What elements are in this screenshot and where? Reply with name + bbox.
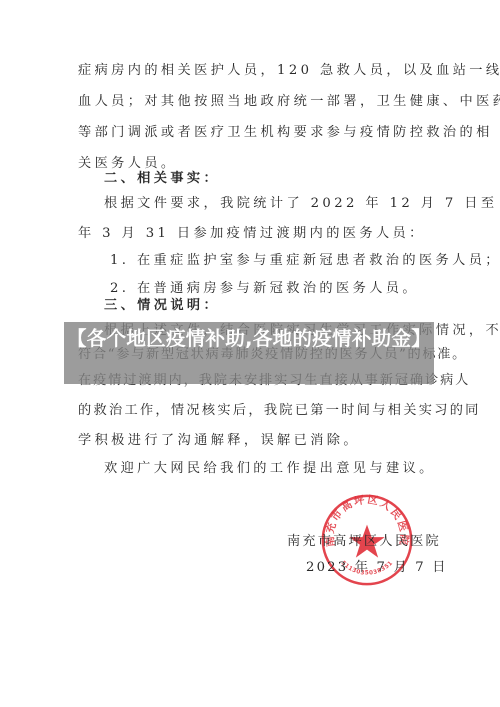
title-overlay-banner: 【各个地区疫情补助,各地的疫情补助金】: [64, 322, 434, 384]
section-3-line-5: 学积极进行了沟通解释，误解已消除。: [78, 432, 428, 450]
section-2-item-2: 2. 在普通病房参与新冠救治的医务人员。: [110, 280, 460, 298]
closing-line: 欢迎广大网民给我们的工作提出意见与建议。: [104, 460, 454, 478]
section-2-item-1: 1. 在重症监护室参与重症新冠患者救治的医务人员；: [110, 252, 460, 270]
overlay-title: 【各个地区疫情补助,各地的疫情补助金】: [64, 325, 434, 352]
document-page: 症病房内的相关医护人员，120 急救人员，以及血站一线采 血人员；对其他按照当地…: [0, 0, 500, 707]
intro-line-2: 血人员；对其他按照当地政府统一部署，卫生健康、中医药: [78, 93, 428, 111]
section-3-heading: 三、情况说明：: [104, 297, 454, 315]
signature-organization: 南充市高坪区人民医院: [287, 530, 441, 549]
intro-line-1: 症病房内的相关医护人员，120 急救人员，以及血站一线采: [78, 62, 428, 80]
section-3-line-4: 的救治工作，情况核实后，我院已第一时间与相关实习的同: [78, 402, 428, 420]
section-2-line-1: 根据文件要求，我院统计了 2022 年 12 月 7 日至 2023: [104, 195, 454, 213]
section-2-heading: 二、相关事实：: [104, 170, 454, 188]
intro-line-3: 等部门调派或者医疗卫生机构要求参与疫情防控救治的相: [78, 124, 428, 142]
signature-date: 2023 年 7 月 7 日: [306, 556, 448, 575]
section-2-line-2: 年 3 月 31 日参加疫情过渡期内的医务人员：: [78, 225, 428, 243]
